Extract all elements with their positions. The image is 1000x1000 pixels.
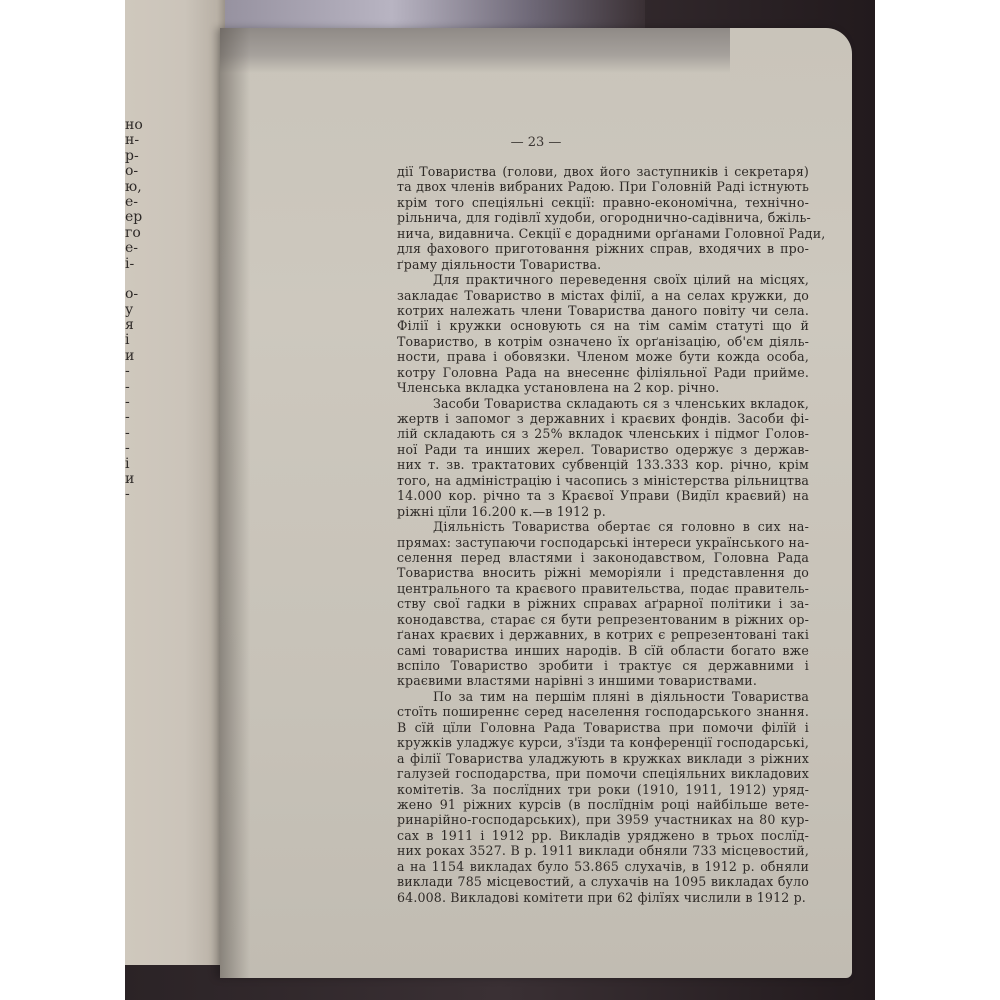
left-fragment-line: го — [125, 226, 145, 241]
text-line: для фахового приготовання ріжних справ, … — [397, 241, 809, 256]
text-line: того, на адміністрацію і часопись з міні… — [397, 473, 809, 488]
left-fragment-line: i — [125, 457, 145, 472]
text-line: Членська вкладка установлена на 2 кор. р… — [397, 380, 809, 395]
book-photo: нон-р-о-ю,е-ергое-i-о-уяiи------iи- — 23… — [125, 0, 875, 1000]
left-fragment-line: но — [125, 118, 145, 133]
text-line: них т. зв. трактатових субвенцій 133.333… — [397, 457, 809, 472]
text-line: крім того спеціяльні секції: правно-екон… — [397, 195, 809, 210]
paragraph: Засоби Товариства складають ся з членськ… — [397, 396, 809, 520]
text-line: 14.000 кор. річно та з Краєвої Управи (В… — [397, 488, 809, 503]
left-fragment-line: я — [125, 318, 145, 333]
text-line: жено 91 ріжних курсів (в послїднім році … — [397, 797, 809, 812]
text-line: нича, видавнича. Секції є дорадними орґа… — [397, 226, 809, 241]
text-line: Філії і кружки основують ся на тім самім… — [397, 318, 809, 333]
left-fragment-line: i- — [125, 257, 145, 272]
text-line: ности, права і обовязки. Членом може бут… — [397, 349, 809, 364]
left-fragment-line: - — [125, 395, 145, 410]
text-line: ринарійно-господарських), при 3959 участ… — [397, 812, 809, 827]
text-line: закладає Товариство в містах філії, а на… — [397, 288, 809, 303]
left-fragment-line: и — [125, 472, 145, 487]
text-line: них роках 3527. В р. 1911 виклади обняли… — [397, 843, 809, 858]
paragraph: Діяльність Товариства обертає ся головно… — [397, 519, 809, 689]
text-line: а філії Товариства уладжують в кружках в… — [397, 751, 809, 766]
text-line: ству свої гадки в ріжних справах аґрарно… — [397, 596, 809, 611]
text-line: сах в 1911 і 1912 рр. Викладів уряджено … — [397, 828, 809, 843]
paragraph: По за тим на першім пляні в діяльности Т… — [397, 689, 809, 905]
left-fragment-line: ю, — [125, 180, 145, 195]
left-fragment-line: о- — [125, 287, 145, 302]
text-line: галузей господарства, при помочи спеціял… — [397, 766, 809, 781]
text-line: а на 1154 викладах було 53.865 слухачів,… — [397, 859, 809, 874]
text-line: Товариства вносить ріжні меморіяли і пре… — [397, 565, 809, 580]
text-line: прямах: заступаючи господарські інтереси… — [397, 535, 809, 550]
left-fragment-line: i — [125, 333, 145, 348]
left-fragment-line: - — [125, 364, 145, 379]
paragraph: Для практичного переведення своїх цілий … — [397, 272, 809, 396]
text-line: лій складають ся з 25% вкладок членських… — [397, 426, 809, 441]
gutter-shadow — [220, 28, 250, 978]
left-page-text-fragments: нон-р-о-ю,е-ергое-i-о-уяiи------iи- — [125, 118, 145, 503]
text-line: комітетів. За послїдних три роки (1910, … — [397, 782, 809, 797]
text-line: конодавства, старає ся бути репрезентова… — [397, 612, 809, 627]
text-line: селення перед властями і законодавством,… — [397, 550, 809, 565]
text-line: вспіло Товариство зробити і трактує ся д… — [397, 658, 809, 673]
left-fragment-line: е- — [125, 195, 145, 210]
text-line: Товариство, в котрім означено їх орґаніз… — [397, 334, 809, 349]
text-line: кружків уладжує курси, з'їзди та конфере… — [397, 735, 809, 750]
left-fragment-line: - — [125, 410, 145, 425]
left-fragment-line: ер — [125, 210, 145, 225]
text-line: краєвими властями нарівні з иншими товар… — [397, 673, 809, 688]
left-fragment-line: о- — [125, 164, 145, 179]
text-line: ної Ради та инших жерел. Товариство одер… — [397, 442, 809, 457]
text-line: рільнича, для годівлї худоби, огородничн… — [397, 210, 809, 225]
text-line: та двох членів вибраних Радою. При Голов… — [397, 179, 809, 194]
left-fragment-line: - — [125, 441, 145, 456]
left-fragment-line: н- — [125, 133, 145, 148]
page-number: — 23 — — [220, 135, 852, 150]
left-fragment-line: - — [125, 487, 145, 502]
text-line: ґанах краєвих і державних, в котрих є ре… — [397, 627, 809, 642]
left-fragment-line: и — [125, 349, 145, 364]
text-line: Діяльність Товариства обертає ся головно… — [397, 519, 809, 534]
right-page: — 23 — дії Товариства (голови, двох його… — [220, 28, 852, 978]
text-line: центрального та краєвого правительства, … — [397, 581, 809, 596]
text-line: Засоби Товариства складають ся з членськ… — [397, 396, 809, 411]
paragraph: дії Товариства (голови, двох його заступ… — [397, 164, 809, 272]
left-fragment-line — [125, 272, 145, 287]
text-line: Для практичного переведення своїх цілий … — [397, 272, 809, 287]
text-line: самі товариства инших народів. В сїй обл… — [397, 643, 809, 658]
left-fragment-line: - — [125, 380, 145, 395]
page-top-shadow — [220, 28, 730, 73]
left-page: нон-р-о-ю,е-ергое-i-о-уяiи------iи- — [125, 0, 225, 965]
text-line: В сїй цїли Головна Рада Товариства при п… — [397, 720, 809, 735]
text-line: жертв і запомог з державних і краєвих фо… — [397, 411, 809, 426]
left-fragment-line: у — [125, 303, 145, 318]
text-line: ріжні цїли 16.200 к.—в 1912 р. — [397, 504, 809, 519]
text-line: стоїть поширеннє серед населення господа… — [397, 704, 809, 719]
left-fragment-line: р- — [125, 149, 145, 164]
left-fragment-line: - — [125, 426, 145, 441]
text-line: виклади 785 місцевостий, а слухачів на 1… — [397, 874, 809, 889]
text-line: котру Головна Рада на внесеннє філіяльно… — [397, 365, 809, 380]
left-fragment-line: е- — [125, 241, 145, 256]
text-line: ґраму діяльности Товариства. — [397, 257, 809, 272]
text-line: 64.008. Викладові комітети при 62 філїях… — [397, 890, 809, 905]
text-line: По за тим на першім пляні в діяльности Т… — [397, 689, 809, 704]
page-body-text: дії Товариства (голови, двох його заступ… — [397, 164, 809, 905]
text-line: дії Товариства (голови, двох його заступ… — [397, 164, 809, 179]
text-line: котрих належать члени Товариства даного … — [397, 303, 809, 318]
